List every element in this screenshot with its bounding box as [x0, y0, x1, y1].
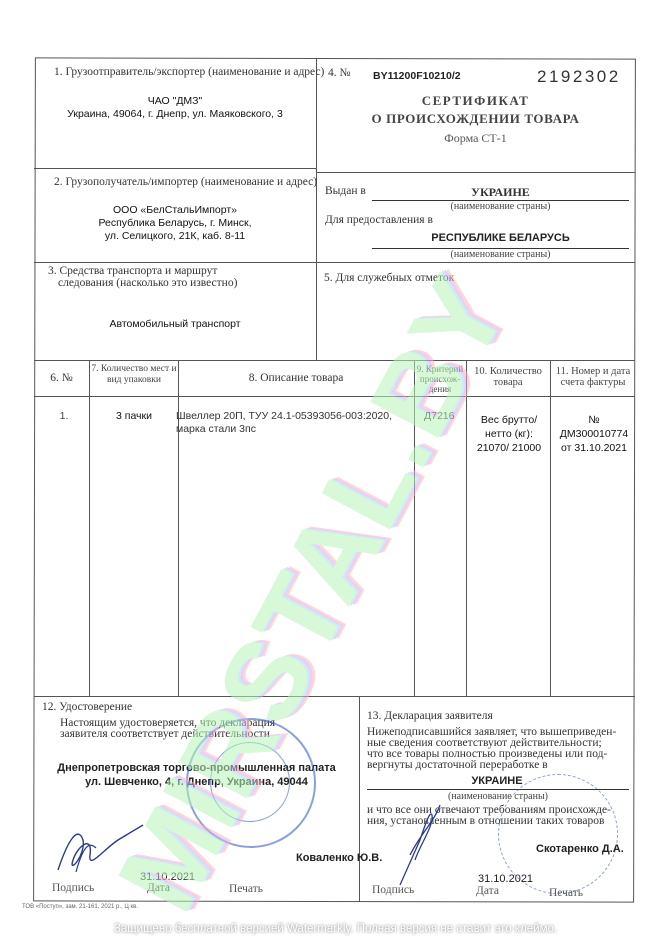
box12-label: 12. Удостоверение	[42, 701, 132, 713]
col-header-description: 8. Описание товара	[178, 372, 414, 384]
box5-label: 5. Для служебных отметок	[324, 272, 454, 284]
declarant-date-label: Дата	[476, 885, 499, 897]
divider	[414, 360, 415, 696]
box3-label-line2: следования (насколько это известно)	[58, 278, 237, 289]
box4-label: 4. №	[328, 67, 350, 79]
col-header-no: 6. №	[34, 372, 89, 384]
country-caption: (наименование страны)	[372, 201, 629, 212]
col-header-packages: 7. Количество мест и вид упаковки	[90, 364, 178, 386]
declarant-signature-icon	[390, 800, 450, 890]
divider	[34, 360, 635, 361]
col-header-quantity: 10. Количество товара	[466, 366, 550, 388]
row-no: 1.	[34, 410, 94, 422]
divider	[550, 360, 551, 696]
importer-address-line1: Республика Беларусь, г. Минск,	[40, 217, 310, 229]
issued-in-value: УКРАИНЕ	[372, 185, 629, 200]
for-value: РЕСПУБЛИКЕ БЕЛАРУСЬ	[372, 232, 629, 244]
box1-label: 1. Грузоотправитель/экспортер (наименова…	[54, 66, 324, 78]
box3-label-line1: 3. Средства транспорта и маршрут	[48, 266, 217, 277]
divider	[34, 262, 635, 263]
chamber-signer: Коваленко Ю.В.	[296, 852, 382, 864]
certificate-number: BY11200F10210/2	[373, 70, 461, 82]
chamber-date-label: Дата	[147, 882, 170, 894]
row-packages: 3 пачки	[90, 410, 178, 422]
row-invoice: № ДМ300010774 от 31.10.2021	[555, 413, 633, 455]
declarant-signer: Скотаренко Д.А.	[536, 843, 624, 855]
title-line2: О ПРОИСХОЖДЕНИИ ТОВАРА	[316, 111, 635, 127]
row-quantity: Вес брутто/ нетто (кг): 21070/ 21000	[474, 413, 544, 455]
issued-in-label: Выдан в	[325, 185, 366, 197]
form-label: Форма СТ-1	[316, 131, 635, 146]
importer-address-line2: ул. Селицкого, 21К, каб. 8-11	[40, 230, 310, 242]
country-caption-2: (наименование страны)	[372, 249, 629, 260]
box13-text-line4: вергнуты достаточной переработке в	[367, 760, 548, 771]
row-description: Швеллер 20П, ТУУ 24.1-05393056-003:2020,…	[176, 410, 410, 436]
declarant-stamp-label: Печать	[549, 887, 583, 899]
footer-watermark: Защищено бесплатной версией Watermarkly.…	[0, 923, 671, 935]
divider	[359, 696, 360, 902]
col-header-criterion: 9. Критерий происхож-дения	[414, 364, 466, 394]
transport-value: Автомобильный транспорт	[34, 318, 316, 330]
box2-label: 2. Грузополучатель/импортер (наименовани…	[54, 176, 317, 188]
for-label: Для предоставления в	[325, 214, 433, 226]
serial-number: 2192302	[537, 67, 621, 87]
exporter-name: ЧАО "ДМЗ"	[40, 95, 310, 107]
divider	[34, 168, 316, 169]
declarant-sign-label: Подпись	[372, 884, 414, 896]
divider	[34, 696, 635, 697]
title-line1: СЕРТИФИКАТ	[316, 93, 635, 109]
divider	[34, 396, 635, 397]
exporter-address: Украина, 49064, г. Днепр, ул. Маяковског…	[40, 108, 310, 120]
divider	[316, 172, 635, 173]
chamber-sign-label: Подпись	[52, 882, 94, 894]
col-header-invoice: 11. Номер и дата счета фактуры	[551, 366, 635, 388]
declarant-date: 31.10.2021	[478, 873, 533, 885]
chamber-stamp-inner	[210, 742, 290, 822]
importer-name: ООО «БелСтальИмпорт»	[40, 204, 310, 216]
divider	[466, 360, 467, 696]
box13-label: 13. Декларация заявителя	[367, 710, 493, 722]
print-note: ТОВ «Поступ», зам. 21-161, 2021 р., Ц кв…	[22, 904, 138, 910]
row-criterion: Д7216	[424, 410, 454, 422]
chamber-stamp-label: Печать	[229, 883, 263, 895]
